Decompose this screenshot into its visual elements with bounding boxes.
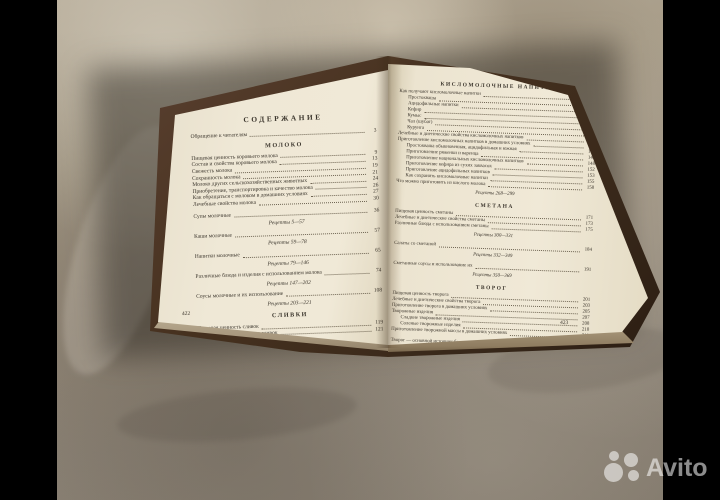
dot-leader: [281, 331, 372, 335]
toc-row-label: Супы молочные: [193, 212, 231, 220]
toc-row-page-number: 125: [587, 96, 597, 102]
toc-row-page-number: 175: [583, 227, 593, 233]
toc-left-column: СОДЕРЖАНИЕ Обращение к читателям 3 МОЛОК…: [190, 113, 384, 353]
dot-leader: [488, 186, 582, 190]
left-page-folio: 422: [182, 311, 190, 317]
toc-row-label: Рецепты 59—78: [268, 239, 307, 247]
logo-circle-small-bottom-right: [628, 470, 639, 481]
right-page-folio: 423: [560, 320, 568, 326]
toc-row-label: Рецепты 147—202: [267, 280, 311, 288]
toc-row-label: СЛИВКИ: [272, 312, 308, 320]
logo-circle-small-top-left: [609, 451, 619, 461]
toc-row-label: Лечебные свойства молока: [193, 200, 256, 209]
toc-row: Обращение к читателям 3: [191, 127, 377, 140]
logo-circle-medium-top-right: [624, 453, 638, 467]
toc-row-label: Рецепты 79—146: [267, 259, 309, 267]
toc-row-label: СОДЕРЖАНИЕ: [243, 114, 322, 123]
toc-row-page-number: 184: [582, 247, 592, 253]
avito-watermark: Avito: [604, 450, 708, 486]
photo-background: СОДЕРЖАНИЕ Обращение к читателям 3 МОЛОК…: [57, 0, 663, 500]
book-gutter-shadow: [376, 56, 402, 348]
toc-row-label: Рецепты 300—331: [474, 233, 513, 240]
dot-leader: [491, 228, 580, 232]
toc-row-label: Напитки молочные: [195, 252, 240, 260]
toc-row-label: МОЛОКО: [265, 142, 303, 150]
toc-row-page-number: 128: [587, 108, 597, 114]
toc-row-page-number: 191: [581, 267, 591, 273]
toc-row-label: Сметанные соусы и использование их: [393, 261, 472, 270]
toc-row-label: Рецепты 268—299: [475, 191, 514, 198]
dot-leader: [286, 293, 370, 297]
dot-leader: [243, 252, 369, 257]
avito-wordmark: Avito: [646, 454, 708, 483]
toc-row-label: Соусы молочные и их использование: [196, 291, 283, 301]
avito-logo-icon: [604, 450, 642, 486]
dot-leader: [475, 268, 579, 273]
toc-row-page-number: 158: [584, 185, 594, 191]
dot-leader: [325, 273, 370, 276]
dot-leader: [250, 132, 364, 137]
dot-leader: [259, 200, 367, 205]
toc-row-label: Рецепты 332—349: [473, 253, 512, 260]
toc-row-label: Рецепты 5—57: [269, 219, 305, 227]
left-page: СОДЕРЖАНИЕ Обращение к читателям 3 МОЛОК…: [150, 55, 395, 355]
toc-row-label: Рецепты 350—369: [472, 273, 511, 280]
book: СОДЕРЖАНИЕ Обращение к читателям 3 МОЛОК…: [57, 0, 663, 500]
toc-row-label: ТВОРОГ: [476, 285, 508, 292]
toc-row-page-number: 126: [587, 102, 597, 108]
toc-row-label: Каши молочные: [194, 232, 232, 240]
toc-row-label: Рецепты 203—221: [267, 300, 311, 308]
logo-circle-large: [604, 463, 623, 482]
toc-row-label: СМЕТАНА: [475, 203, 514, 210]
toc-row: СОДЕРЖАНИЕ: [190, 113, 376, 126]
toc-row-label: Обращение к читателям: [191, 132, 248, 141]
